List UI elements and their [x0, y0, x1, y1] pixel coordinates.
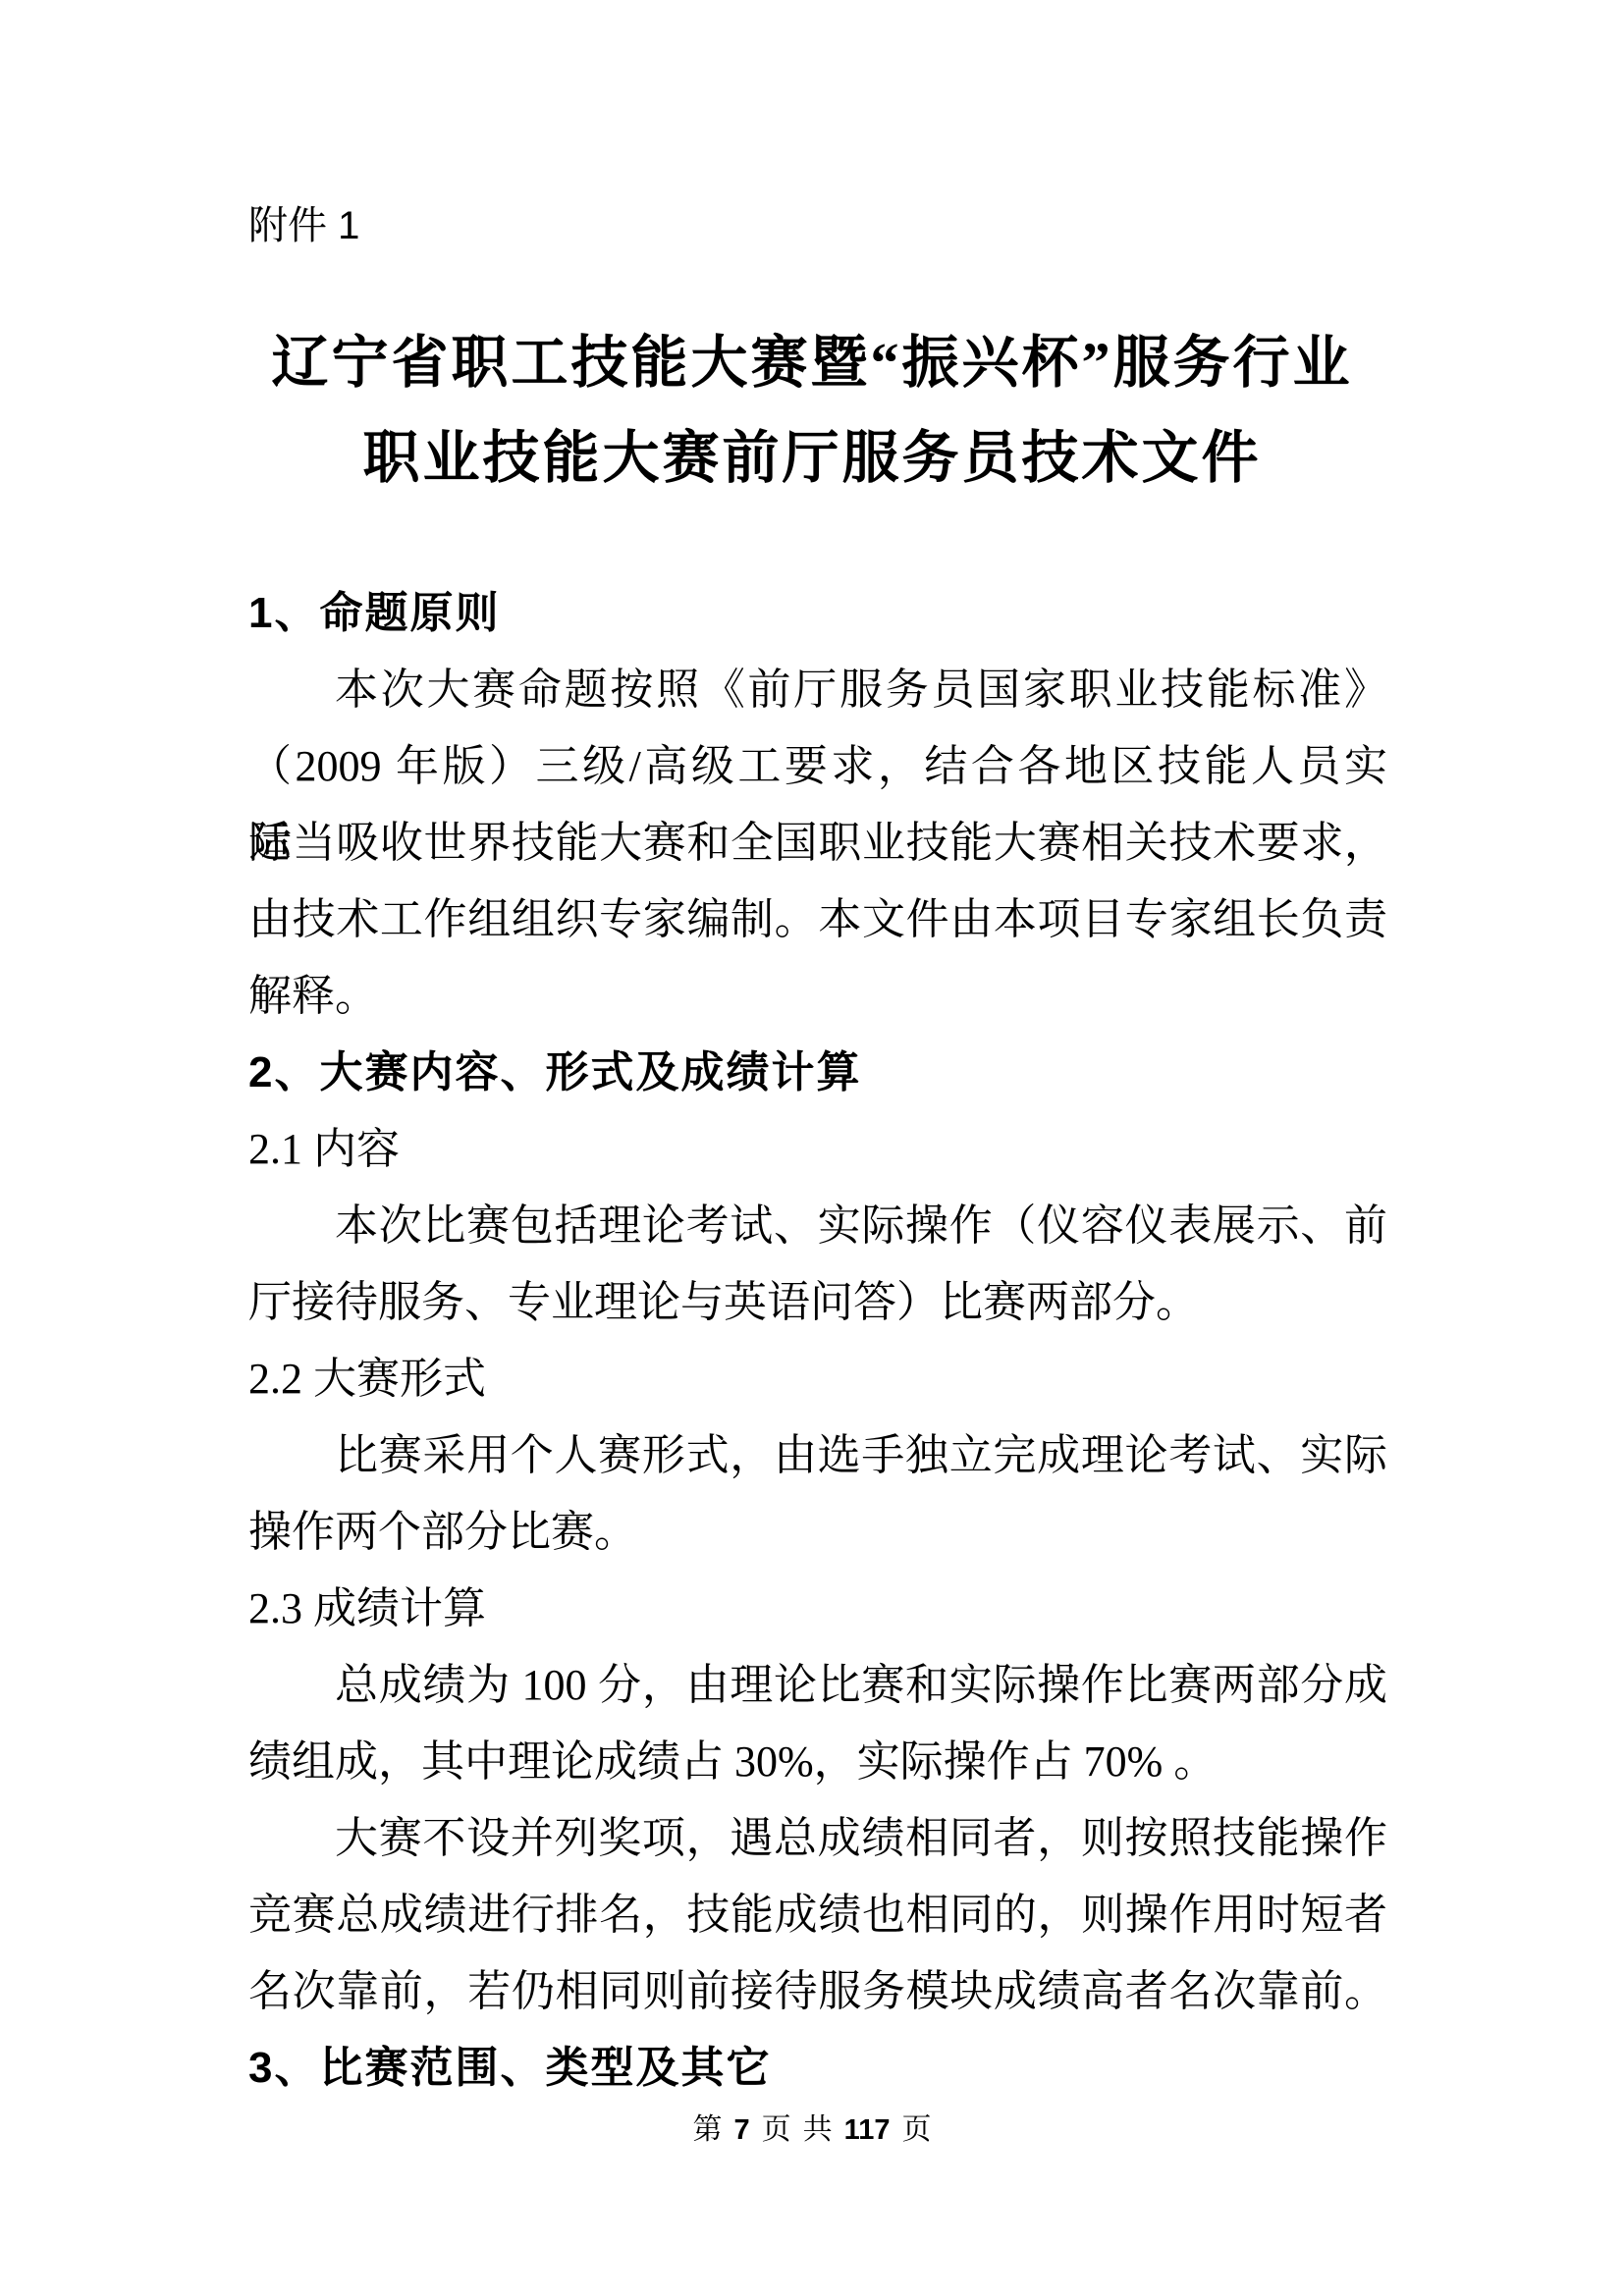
paragraph-line: 本次比赛包括理论考试、实际操作（仪容仪表展示、前	[248, 1188, 1387, 1264]
footer-prefix: 第	[693, 2113, 723, 2146]
section-heading-1: 1、命题原则	[248, 575, 1387, 652]
document-page: 附件 1 辽宁省职工技能大赛暨“振兴杯”服务行业 职业技能大赛前厅服务员技术文件…	[0, 0, 1624, 2296]
document-title-line-2: 职业技能大赛前厅服务员技术文件	[118, 410, 1506, 506]
paragraph-line: 厅接待服务、专业理论与英语问答）比赛两部分。	[248, 1264, 1387, 1341]
subsection-heading-2-3: 2.3 成绩计算	[248, 1571, 1387, 1647]
footer-page-number: 7	[734, 2114, 750, 2146]
subsection-heading-2-1: 2.1 内容	[248, 1111, 1387, 1188]
paragraph-line: 竞赛总成绩进行排名，技能成绩也相同的，则操作用时短者	[248, 1877, 1387, 1953]
paragraph-line: 操作两个部分比赛。	[248, 1494, 1387, 1571]
footer-total-pages: 117	[844, 2114, 891, 2146]
document-title: 辽宁省职工技能大赛暨“振兴杯”服务行业 职业技能大赛前厅服务员技术文件	[118, 315, 1506, 506]
paragraph-line: 大赛不设并列奖项，遇总成绩相同者，则按照技能操作	[248, 1800, 1387, 1877]
paragraph-line: 适当吸收世界技能大赛和全国职业技能大赛相关技术要求，	[248, 805, 1387, 881]
footer-suffix: 页	[901, 2113, 931, 2146]
paragraph-line: （2009 年版）三级/高级工要求，结合各地区技能人员实际，	[248, 728, 1387, 805]
paragraph-line: 总成绩为 100 分，由理论比赛和实际操作比赛两部分成	[248, 1647, 1387, 1724]
paragraph-line: 本次大赛命题按照《前厅服务员国家职业技能标准》	[248, 652, 1387, 728]
footer-page-label: 页	[762, 2113, 791, 2146]
paragraph-line: 由技术工作组组织专家编制。本文件由本项目专家组长负责	[248, 881, 1387, 958]
paragraph-line: 解释。	[248, 958, 1387, 1035]
footer-total-label: 共	[803, 2113, 833, 2146]
paragraph-line: 绩组成，其中理论成绩占 30%，实际操作占 70% 。	[248, 1724, 1387, 1800]
subsection-heading-2-2: 2.2 大赛形式	[248, 1341, 1387, 1417]
section-heading-2: 2、大赛内容、形式及成绩计算	[248, 1035, 1387, 1111]
document-title-line-1: 辽宁省职工技能大赛暨“振兴杯”服务行业	[118, 315, 1506, 410]
paragraph-line: 比赛采用个人赛形式，由选手独立完成理论考试、实际	[248, 1417, 1387, 1494]
paragraph-line: 名次靠前，若仍相同则前接待服务模块成绩高者名次靠前。	[248, 1953, 1387, 2030]
attachment-label: 附件 1	[248, 202, 359, 249]
footer-page-info: 第7页共117页	[0, 2110, 1624, 2150]
section-heading-3: 3、比赛范围、类型及其它	[248, 2030, 1387, 2107]
document-body: 1、命题原则 本次大赛命题按照《前厅服务员国家职业技能标准》 （2009 年版）…	[248, 575, 1387, 2107]
